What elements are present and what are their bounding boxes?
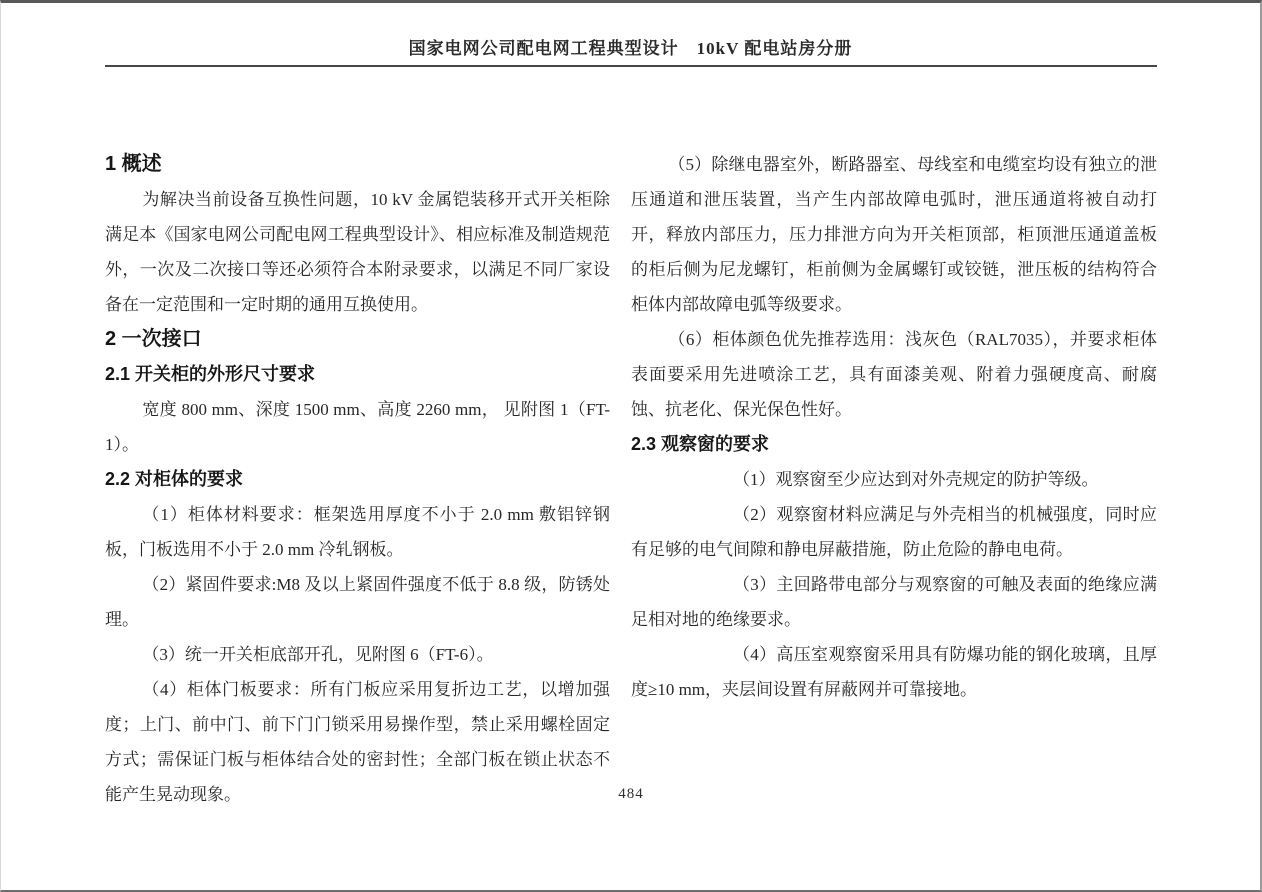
paragraph-dimensions: 宽度 800 mm、深度 1500 mm、高度 2260 mm， 见附图 1（F… — [105, 392, 610, 462]
header-rule — [105, 65, 1157, 67]
paragraph-cabinet-item-3: （3）统一开关柜底部开孔，见附图 6（FT-6）。 — [105, 637, 610, 672]
paragraph-window-item-4: （4）高压室观察窗采用具有防爆功能的钢化玻璃，且厚度≥10 mm，夹层间设置有屏… — [631, 637, 1157, 707]
paragraph-cabinet-item-5: （5）除继电器室外，断路器室、母线室和电缆室均设有独立的泄压通道和泄压装置，当产… — [631, 147, 1157, 322]
heading-observation-window: 2.3 观察窗的要求 — [631, 427, 1157, 462]
heading-primary-interface: 2 一次接口 — [105, 322, 610, 357]
heading-cabinet-requirements: 2.2 对柜体的要求 — [105, 462, 610, 497]
paragraph-window-item-1: （1）观察窗至少应达到对外壳规定的防护等级。 — [631, 462, 1157, 497]
document-page: 国家电网公司配电网工程典型设计 10kV 配电站房分册 1 概述 为解决当前设备… — [0, 0, 1262, 892]
paragraph-window-item-3: （3）主回路带电部分与观察窗的可触及表面的绝缘应满足相对地的绝缘要求。 — [631, 567, 1157, 637]
paragraph-window-item-2: （2）观察窗材料应满足与外壳相当的机械强度，同时应有足够的电气间隙和静电屏蔽措施… — [631, 497, 1157, 567]
running-header-title: 国家电网公司配电网工程典型设计 10kV 配电站房分册 — [1, 39, 1260, 59]
left-column: 1 概述 为解决当前设备互换性问题，10 kV 金属铠装移开式开关柜除满足本《国… — [105, 147, 610, 812]
paragraph-cabinet-item-2: （2）紧固件要求:M8 及以上紧固件强度不低于 8.8 级，防锈处理。 — [105, 567, 610, 637]
paragraph-overview: 为解决当前设备互换性问题，10 kV 金属铠装移开式开关柜除满足本《国家电网公司… — [105, 182, 610, 322]
right-column: （5）除继电器室外，断路器室、母线室和电缆室均设有独立的泄压通道和泄压装置，当产… — [631, 147, 1157, 812]
page-number: 484 — [105, 786, 1157, 803]
heading-switchgear-dimensions: 2.1 开关柜的外形尺寸要求 — [105, 357, 610, 392]
paragraph-cabinet-item-6: （6）柜体颜色优先推荐选用：浅灰色（RAL7035），并要求柜体表面要采用先进喷… — [631, 322, 1157, 427]
page-body: 1 概述 为解决当前设备互换性问题，10 kV 金属铠装移开式开关柜除满足本《国… — [105, 147, 1157, 812]
heading-overview: 1 概述 — [105, 147, 610, 182]
paragraph-cabinet-item-1: （1）柜体材料要求：框架选用厚度不小于 2.0 mm 敷铝锌钢板，门板选用不小于… — [105, 497, 610, 567]
